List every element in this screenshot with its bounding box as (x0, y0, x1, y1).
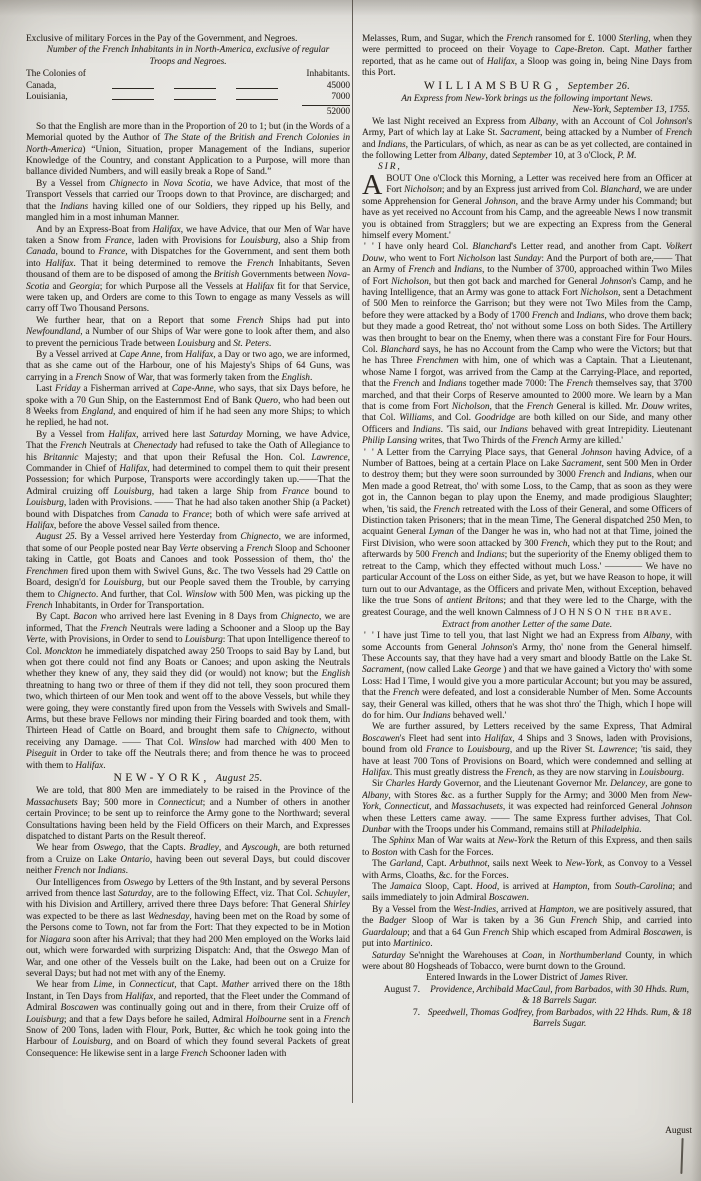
heading-city: NEW-YORK, (113, 772, 209, 784)
blank-dash (174, 98, 216, 100)
express-notice-line: An Express from New-York brings us the f… (362, 94, 692, 105)
column-divider-rule (352, 0, 353, 1103)
section-heading-new-york: NEW-YORK,August 25. (26, 773, 350, 785)
paragraph: So that the English are more than in the… (26, 122, 350, 179)
paragraph: By a Vessel from the West-Indies, arrive… (362, 905, 692, 951)
drop-cap: A (362, 174, 386, 196)
paragraph: We last Night received an Express from A… (362, 117, 692, 163)
catchword: August (665, 1126, 692, 1137)
shipping-entry: August 7. Providence, Archibald MacCaul,… (362, 985, 692, 1008)
table-col-label: The Colonies of (26, 69, 86, 80)
total-value: 52000 (302, 105, 350, 118)
paragraph: We are told, that 800 Men are immediatel… (26, 786, 350, 843)
paragraph: Sir Charles Hardy Governor, and the Lieu… (362, 779, 692, 836)
letter-paragraph: ' A Letter from the Carrying Place says,… (362, 448, 692, 620)
blank-dash (112, 98, 154, 100)
blank-dash (236, 87, 278, 89)
row-label: Canada, (26, 81, 112, 92)
table-col-header: Inhabitants. (306, 69, 350, 80)
paragraph: We further hear, that on a Report that s… (26, 316, 350, 350)
paragraph: Saturday Se'nnight the Warehouses at Coa… (362, 951, 692, 974)
letter-paragraph: ' I have just Time to tell you, that las… (362, 631, 692, 722)
heading-city: WILLIAMSBURG, (424, 80, 562, 92)
row-value: 7000 (298, 92, 350, 103)
letter-opening-text: BOUT One o'Clock this Morning, a Letter … (362, 174, 692, 241)
section-heading-williamsburg: WILLIAMSBURG,September 26. (362, 81, 692, 93)
letter-paragraph: ' I have only heard Col. Blanchard's Let… (362, 242, 692, 447)
table-total: 52000 (26, 103, 350, 118)
paragraph: By a Vessel arrived at Cape Anne, from H… (26, 350, 350, 384)
blank-dash (236, 98, 278, 100)
heading-date: August 25. (216, 773, 263, 784)
paragraph: By a Vessel from Chignecto in Nova Scoti… (26, 179, 350, 225)
inhabitants-table: Number of the French Inhabitants in in N… (26, 45, 350, 118)
paragraph: Our Intelligences from Oswego by Letters… (26, 878, 350, 981)
table-row: Louisiania, 7000 (26, 92, 350, 103)
entered-inwards-heading: Entered Inwards in the Lower District of… (362, 973, 692, 984)
paragraph: We hear from Oswego, that the Capts. Bra… (26, 843, 350, 877)
table-caption: Number of the French Inhabitants in in N… (26, 45, 350, 68)
newspaper-page: Exclusive of military Forces in the Pay … (0, 0, 701, 1181)
paragraph: August 25. By a Vessel arrived here Yest… (26, 532, 350, 612)
letter-paragraph: ABOUT One o'Clock this Morning, a Letter… (362, 174, 692, 242)
dateline: New-York, September 13, 1755. (362, 105, 692, 116)
entry-date: August 7. (362, 985, 427, 1008)
paragraph: The Sphinx Man of War waits at New-York … (362, 836, 692, 859)
entry-text: Speedwell, Thomas Godfrey, from Barbados… (427, 1008, 692, 1031)
paragraph: And by an Express-Boat from Halifax, we … (26, 225, 350, 316)
blank-dash (174, 87, 216, 89)
row-label: Louisiania, (26, 92, 112, 103)
paragraph: By a Vessel from Halifax, arrived here l… (26, 430, 350, 533)
row-value: 45000 (298, 81, 350, 92)
blank-dash (112, 87, 154, 89)
table-header-row: The Colonies of Inhabitants. (26, 69, 350, 80)
paragraph: We are further assured, by Letters recei… (362, 722, 692, 779)
continuation-paragraph: Melasses, Rum, and Sugar, which the Fren… (362, 34, 692, 80)
paragraph: The Garland, Capt. Arbuthnot, sails next… (362, 859, 692, 882)
continuation-paragraph: Exclusive of military Forces in the Pay … (26, 34, 350, 45)
entry-date: 7. (362, 1008, 427, 1031)
entry-text: Providence, Archibald MacCaul, from Barb… (427, 985, 692, 1008)
letter-salutation: SIR, (362, 162, 692, 173)
right-column: Melasses, Rum, and Sugar, which the Fren… (362, 34, 692, 1174)
paragraph: By Capt. Bacon who arrived here last Eve… (26, 612, 350, 772)
paragraph: We hear from Lime, in Connecticut, that … (26, 980, 350, 1060)
paragraph: Last Friday a Fisherman arrived at Cape-… (26, 384, 350, 430)
left-column: Exclusive of military Forces in the Pay … (26, 34, 350, 1164)
paragraph: The Jamaica Sloop, Capt. Hood, is arrive… (362, 882, 692, 905)
table-row: Canada, 45000 (26, 81, 350, 92)
heading-date: September 26. (568, 81, 630, 92)
shipping-entry: 7. Speedwell, Thomas Godfrey, from Barba… (362, 1008, 692, 1031)
extract-heading: Extract from another Letter of the same … (362, 620, 692, 631)
